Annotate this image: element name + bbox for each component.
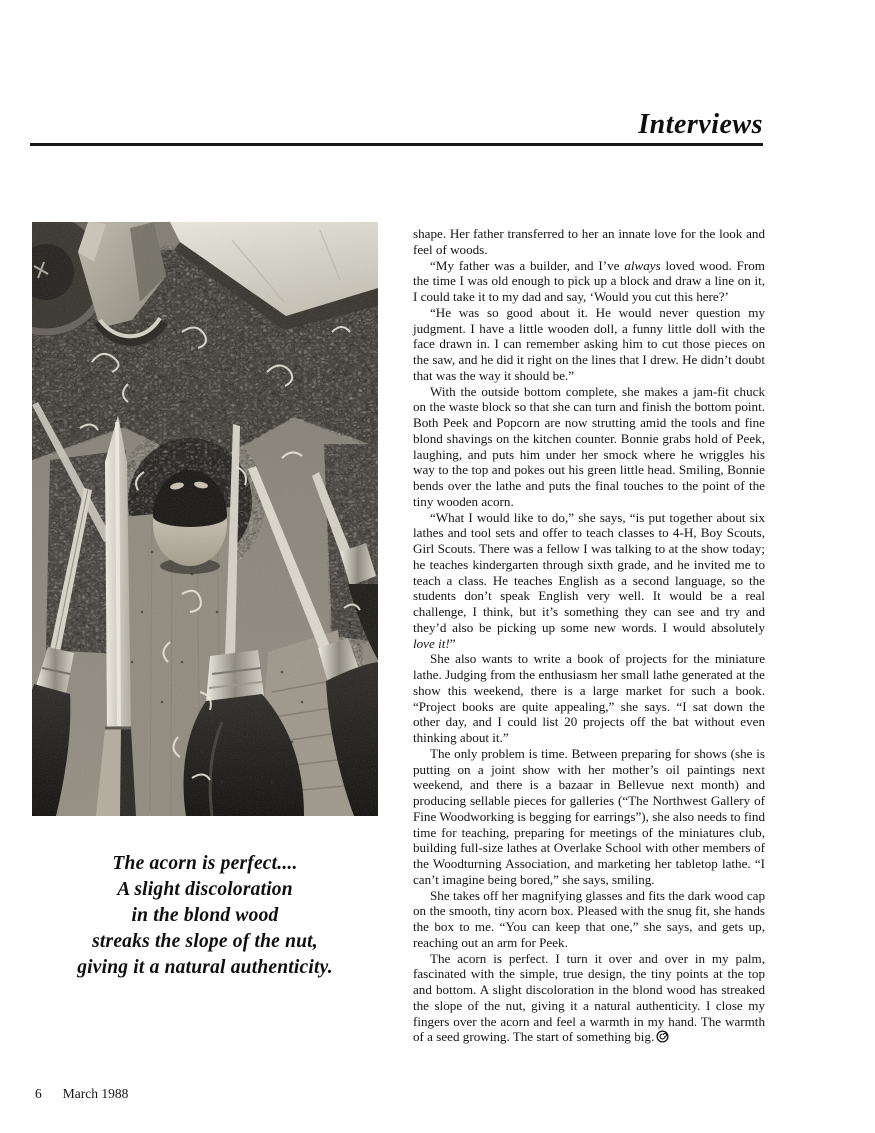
body-paragraph: The only problem is time. Between prepar… [413, 746, 765, 888]
photo-figure [32, 222, 378, 816]
body-paragraph: “My father was a builder, and I’ve alway… [413, 258, 765, 305]
spiral-end-mark-icon [656, 1030, 669, 1043]
body-paragraph: With the outside bottom complete, she ma… [413, 384, 765, 510]
body-paragraph: “He was so good about it. He would never… [413, 305, 765, 384]
pull-quote: The acorn is perfect....A slight discolo… [32, 851, 378, 981]
pull-quote-line: streaks the slope of the nut, [32, 929, 378, 955]
body-paragraph: “What I would like to do,” she says, “is… [413, 510, 765, 652]
pull-quote-line: in the blond wood [32, 903, 378, 929]
pull-quote-line: A slight discoloration [32, 877, 378, 903]
pull-quote-line: giving it a natural authenticity. [32, 955, 378, 981]
woodturning-photo [32, 222, 378, 816]
header-rule [30, 143, 763, 146]
page-footer: 6 March 1988 [35, 1086, 128, 1102]
body-paragraph: She also wants to write a book of projec… [413, 651, 765, 746]
section-title: Interviews [638, 111, 763, 139]
issue-date: March 1988 [63, 1086, 129, 1102]
body-paragraph: The acorn is perfect. I turn it over and… [413, 951, 765, 1046]
magazine-page: Interviews [0, 0, 875, 1133]
body-paragraph: She takes off her magnifying glasses and… [413, 888, 765, 951]
page-number: 6 [35, 1086, 42, 1102]
article-body: shape. Her father transferred to her an … [413, 226, 765, 1045]
pull-quote-line: The acorn is perfect.... [32, 851, 378, 877]
body-paragraph: shape. Her father transferred to her an … [413, 226, 765, 258]
